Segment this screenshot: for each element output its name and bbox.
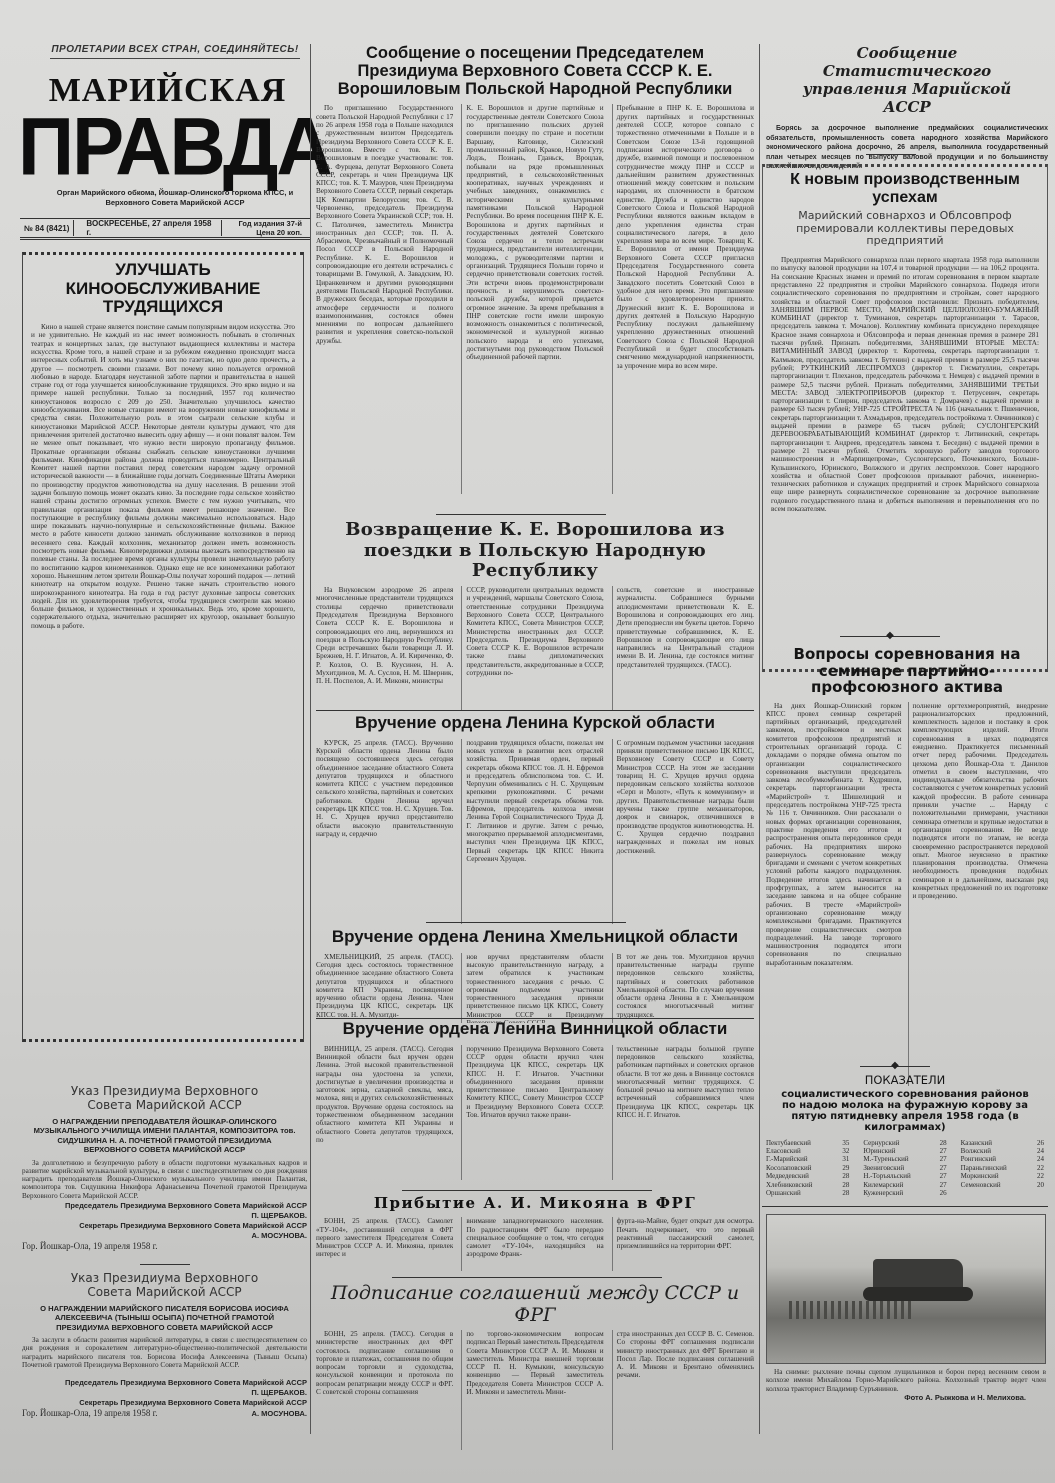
article-visit-col-3: Пребывание в ПНР К. Е. Ворошилова и друг… xyxy=(612,104,754,494)
production-box-subtitle: Марийский совнархоз и Облсовпроф премиро… xyxy=(787,210,1023,248)
article-visit-col-1: По приглашению Государственного совета П… xyxy=(316,104,453,494)
seminar-col-2: полнение оргтехмероприятий, внедрение ра… xyxy=(908,702,1049,1086)
tractor-image xyxy=(873,1259,963,1299)
ornament-divider xyxy=(860,1066,930,1067)
photo-credit: Фото А. Рыжкова и Н. Мелихова. xyxy=(766,1393,1046,1403)
article-khmelnitsky-col-2: нов вручил представителям области высоку… xyxy=(461,953,603,1023)
indicator-row: Килемарский27 xyxy=(863,1181,946,1189)
article-visit: Сообщение о посещении Председателем През… xyxy=(316,44,754,494)
production-box: К новым производственным успехам Марийск… xyxy=(762,164,1048,672)
district-name: Косолаповский xyxy=(766,1164,812,1172)
masthead-slogan: ПРОЛЕТАРИИ ВСЕХ СТРАН, СОЕДИНЯЙТЕСЬ! xyxy=(50,44,300,59)
article-vinnitsa-title: Вручение ордена Ленина Винницкой области xyxy=(316,1020,754,1039)
section-divider xyxy=(316,710,754,711)
indicator-row: Ронгинский24 xyxy=(961,1155,1044,1163)
decree-1-chairman-title: Председатель Президиума Верховного Совет… xyxy=(22,1201,307,1211)
harrow-image xyxy=(789,1301,914,1319)
district-name: Г.-Марийский xyxy=(766,1155,808,1163)
milk-yield-value: 32 xyxy=(842,1147,849,1155)
article-agreements-col-2: по торгово-экономическим вопросам подпис… xyxy=(461,1330,603,1450)
milk-yield-value: 26 xyxy=(1037,1139,1044,1147)
district-name: Моркинский xyxy=(961,1172,999,1180)
decree-2-chairman-name: П. ЩЕРБАКОВ. xyxy=(22,1388,307,1398)
indicators-table: Пектубаевский35Еласовский32Г.-Марийский3… xyxy=(762,1139,1048,1198)
indicators: ПОКАЗАТЕЛИ социалистического соревновани… xyxy=(762,1074,1048,1197)
article-return-col-1: На Внуковском аэродроме 26 апреля многоч… xyxy=(316,586,453,711)
district-name: М.-Туреньский xyxy=(863,1155,908,1163)
indicator-row: Семеновский20 xyxy=(961,1181,1044,1189)
issue-bar: № 84 (8421) ВОСКРЕСЕНЬЕ, 27 апреля 1958 … xyxy=(20,218,310,240)
decree-2-secretary-title: Секретарь Президиума Верховного Совета М… xyxy=(22,1398,307,1408)
photo-caption-block: На снимке: рыхление почвы сцепом лущильн… xyxy=(766,1368,1046,1403)
district-name: Хлебниковский xyxy=(766,1181,813,1189)
district-name: Казанский xyxy=(961,1139,992,1147)
district-name: Параньгинский xyxy=(961,1164,1007,1172)
milk-yield-value: 26 xyxy=(940,1189,947,1197)
decree-1-secretary-title: Секретарь Президиума Верховного Совета М… xyxy=(22,1221,307,1231)
district-name: Ронгинский xyxy=(961,1155,996,1163)
district-name: Н.-Торъяльский xyxy=(863,1172,910,1180)
ornament-divider xyxy=(840,636,940,637)
milk-yield-value: 28 xyxy=(842,1172,849,1180)
indicators-column: Пектубаевский35Еласовский32Г.-Марийский3… xyxy=(766,1139,849,1198)
indicators-subtitle: социалистического соревнования районов п… xyxy=(762,1089,1048,1133)
column-divider xyxy=(759,44,760,1434)
article-visit-col-2: К. Е. Ворошилов и другие партийные и гос… xyxy=(461,104,603,494)
article-return-col-3: сольств, советские и иностранные журнали… xyxy=(612,586,754,711)
district-name: Куженерский xyxy=(863,1189,903,1197)
article-mikoyan-col-3: фурта-на-Майне, будет открыт для осмотра… xyxy=(612,1217,754,1271)
decree-1-secretary-name: А. МОСУНОВА. xyxy=(22,1231,307,1241)
decree-2: Указ Президиума Верховного Совета Марийс… xyxy=(22,1272,307,1419)
decree-1: Указ Президиума Верховного Совета Марийс… xyxy=(22,1085,307,1252)
district-name: Юринский xyxy=(863,1147,895,1155)
article-khmelnitsky-col-3: В тот же день тов. Мухитдинов вручил пра… xyxy=(612,953,754,1023)
column-divider xyxy=(310,44,311,1434)
indicator-row: Еласовский32 xyxy=(766,1147,849,1155)
article-mikoyan-title: Прибытие А. И. Микояна в ФРГ xyxy=(316,1195,754,1212)
photo-caption: На снимке: рыхление почвы сцепом лущильн… xyxy=(766,1368,1046,1393)
indicator-row: Оршанский28 xyxy=(766,1189,849,1197)
production-box-title: К новым производственным успехам xyxy=(771,171,1039,206)
article-vinnitsa: Вручение ордена Ленина Винницкой области… xyxy=(316,1020,754,1180)
section-divider xyxy=(392,1277,662,1278)
masthead-organ: Орган Марийского обкома, Йошкар-Олинског… xyxy=(40,188,310,208)
district-name: Пектубаевский xyxy=(766,1139,811,1147)
milk-yield-value: 27 xyxy=(940,1147,947,1155)
milk-yield-value: 20 xyxy=(1037,1181,1044,1189)
decree-1-chairman-name: П. ЩЕРБАКОВ. xyxy=(22,1211,307,1221)
article-khmelnitsky-col-1: ХМЕЛЬНИЦКИЙ, 25 апреля. (ТАСС). Сегодня … xyxy=(316,953,453,1023)
indicator-row: Куженерский26 xyxy=(863,1189,946,1197)
indicator-row: Г.-Марийский31 xyxy=(766,1155,849,1163)
milk-yield-value: 28 xyxy=(842,1189,849,1197)
decree-1-header: Указ Президиума Верховного Совета Марийс… xyxy=(22,1085,307,1113)
indicator-row: Юринский27 xyxy=(863,1147,946,1155)
decree-2-header: Указ Президиума Верховного Совета Марийс… xyxy=(22,1272,307,1300)
milk-yield-value: 35 xyxy=(842,1139,849,1147)
article-return-col-2: СССР, руководители центральных ведомств … xyxy=(461,586,603,711)
editorial-body: Кино в нашей стране является поистине са… xyxy=(31,323,295,1053)
seminar-title: Вопросы соревнования на семинаре партийн… xyxy=(766,646,1048,696)
milk-yield-value: 24 xyxy=(1037,1155,1044,1163)
article-agreements: Подписание соглашений между СССР и ФРГ Б… xyxy=(316,1282,754,1450)
photo-tractor xyxy=(766,1214,1046,1364)
decree-divider xyxy=(140,1264,190,1265)
article-vinnitsa-col-3: тельственные награды большой группе пере… xyxy=(612,1045,754,1180)
article-kursk-col-3: С огромным подъемом участники заседания … xyxy=(612,739,754,924)
decree-2-title: О НАГРАЖДЕНИИ МАРИЙСКОГО ПИСАТЕЛЯ БОРИСО… xyxy=(30,1304,299,1333)
article-khmelnitsky-title: Вручение ордена Ленина Хмельницкой облас… xyxy=(316,928,754,947)
district-name: Оршанский xyxy=(766,1189,801,1197)
article-mikoyan: Прибытие А. И. Микояна в ФРГ БОНН, 25 ап… xyxy=(316,1195,754,1271)
section-divider xyxy=(866,154,916,155)
indicator-row: Сернурский28 xyxy=(863,1139,946,1147)
article-mikoyan-col-2: внимание западногерманского населения. П… xyxy=(461,1217,603,1271)
milk-yield-value: 24 xyxy=(1037,1147,1044,1155)
newspaper-page: ПРОЛЕТАРИИ ВСЕХ СТРАН, СОЕДИНЯЙТЕСЬ! МАР… xyxy=(0,0,1055,1483)
indicator-row: Косолаповский29 xyxy=(766,1164,849,1172)
milk-yield-value: 29 xyxy=(842,1164,849,1172)
seminar-col-1: На днях Йошкар-Олинский горком КПСС пров… xyxy=(766,702,902,1086)
seminar-article: Вопросы соревнования на семинаре партийн… xyxy=(766,646,1048,1086)
decree-2-secretary-name: А. МОСУНОВА. xyxy=(252,1409,307,1419)
article-khmelnitsky: Вручение ордена Ленина Хмельницкой облас… xyxy=(316,928,754,1023)
article-return-title: Возвращение К. Е. Ворошилова из поездки … xyxy=(316,520,754,582)
indicators-column: Сернурский28Юринский27М.-Туреньский27Зве… xyxy=(863,1139,946,1198)
district-name: Медведевский xyxy=(766,1172,809,1180)
milk-yield-value: 22 xyxy=(1037,1164,1044,1172)
milk-yield-value: 27 xyxy=(940,1164,947,1172)
decree-2-place-date: Гор. Йошкар-Ола, 19 апреля 1958 г. xyxy=(22,1408,158,1419)
district-name: Волжский xyxy=(961,1147,991,1155)
indicator-row: Моркинский22 xyxy=(961,1172,1044,1180)
indicator-row: Звениговский27 xyxy=(863,1164,946,1172)
section-divider xyxy=(426,922,626,923)
district-name: Килемарский xyxy=(863,1181,903,1189)
district-name: Звениговский xyxy=(863,1164,904,1172)
article-agreements-col-1: БОНН, 25 апреля. (ТАСС). Сегодня в минис… xyxy=(316,1330,453,1450)
article-agreements-title: Подписание соглашений между СССР и ФРГ xyxy=(316,1282,754,1326)
section-divider xyxy=(762,1206,1048,1207)
milk-yield-value: 28 xyxy=(842,1181,849,1189)
issue-date: ВОСКРЕСЕНЬЕ, 27 апреля 1958 г. xyxy=(82,219,221,237)
indicator-row: М.-Туреньский27 xyxy=(863,1155,946,1163)
article-return: Возвращение К. Е. Ворошилова из поездки … xyxy=(316,520,754,711)
milk-yield-value: 27 xyxy=(940,1181,947,1189)
milk-yield-value: 27 xyxy=(940,1172,947,1180)
article-visit-title: Сообщение о посещении Председателем През… xyxy=(316,44,754,98)
decree-1-body: За долголетнюю и безупречную работу в об… xyxy=(22,1159,307,1201)
year-of-publication: Год издания 37-й xyxy=(234,219,306,228)
decree-1-title: О НАГРАЖДЕНИИ ПРЕПОДАВАТЕЛЯ ЙОШКАР-ОЛИНС… xyxy=(30,1117,299,1155)
article-kursk-title: Вручение ордена Ленина Курской области xyxy=(316,714,754,733)
article-kursk-col-1: КУРСК, 25 апреля. (ТАСС). Вручению Курск… xyxy=(316,739,453,924)
stat-report-title: Сообщение Статистического управления Мар… xyxy=(766,44,1048,116)
district-name: Семеновский xyxy=(961,1181,1001,1189)
indicator-row: Параньгинский22 xyxy=(961,1164,1044,1172)
section-divider xyxy=(436,514,606,515)
indicator-row: Пектубаевский35 xyxy=(766,1139,849,1147)
decree-2-chairman-title: Председатель Президиума Верховного Совет… xyxy=(22,1378,307,1388)
issue-number: № 84 (8421) xyxy=(20,224,73,233)
section-divider xyxy=(402,1190,652,1191)
paper-title-line2: ПРАВДА xyxy=(18,106,310,186)
indicator-row: Волжский24 xyxy=(961,1147,1044,1155)
editorial-title: УЛУЧШАТЬ КИНООБСЛУЖИВАНИЕ ТРУДЯЩИХСЯ xyxy=(43,261,283,317)
indicator-row: Казанский26 xyxy=(961,1139,1044,1147)
stat-report: Сообщение Статистического управления Мар… xyxy=(766,44,1048,182)
district-name: Еласовский xyxy=(766,1147,801,1155)
decree-2-body: За заслуги в области развития марийской … xyxy=(22,1336,307,1378)
milk-yield-value: 31 xyxy=(842,1155,849,1163)
article-agreements-col-3: стра иностранных дел СССР В. С. Семенов.… xyxy=(612,1330,754,1450)
milk-yield-value: 28 xyxy=(940,1139,947,1147)
indicator-row: Медведевский28 xyxy=(766,1172,849,1180)
decree-1-place-date: Гор. Йошкар-Ола, 19 апреля 1958 г. xyxy=(22,1241,307,1252)
article-kursk: Вручение ордена Ленина Курской области К… xyxy=(316,714,754,924)
milk-yield-value: 22 xyxy=(1037,1172,1044,1180)
district-name: Сернурский xyxy=(863,1139,899,1147)
indicators-title: ПОКАЗАТЕЛИ xyxy=(762,1074,1048,1087)
indicators-column: Казанский26Волжский24Ронгинский24Параньг… xyxy=(961,1139,1044,1198)
article-vinnitsa-col-2: поручению Президиума Верховного Совета С… xyxy=(461,1045,603,1180)
price: Цена 20 коп. xyxy=(234,228,306,237)
indicator-row: Хлебниковский28 xyxy=(766,1181,849,1189)
article-mikoyan-col-1: БОНН, 25 апреля. (ТАСС). Самолет «ТУ-104… xyxy=(316,1217,453,1271)
article-kursk-col-2: поздравив трудящихся области, пожелал им… xyxy=(461,739,603,924)
production-box-body: Предприятия Марийского совнархоза план п… xyxy=(771,256,1039,680)
editorial-box: УЛУЧШАТЬ КИНООБСЛУЖИВАНИЕ ТРУДЯЩИХСЯ Кин… xyxy=(22,252,304,1042)
indicator-row: Н.-Торъяльский27 xyxy=(863,1172,946,1180)
milk-yield-value: 27 xyxy=(940,1155,947,1163)
article-vinnitsa-col-1: ВИННИЦА, 25 апреля. (ТАСС). Сегодня Винн… xyxy=(316,1045,453,1180)
